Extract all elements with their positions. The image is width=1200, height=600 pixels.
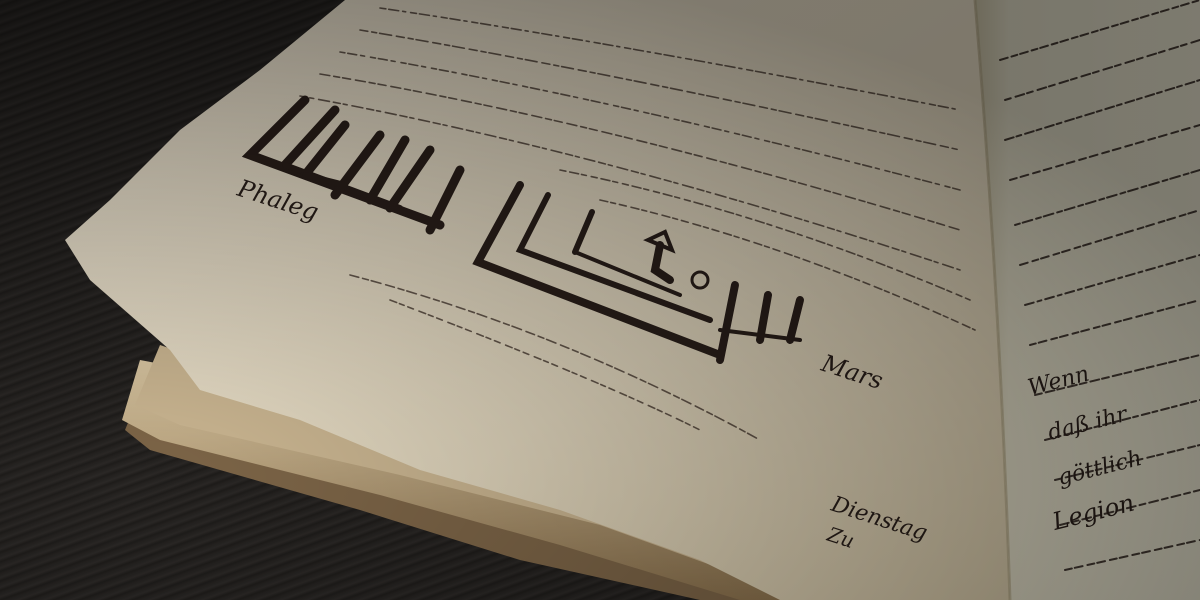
manuscript-illustration: Phaleg Mars Dienstag Zu Wenn daß ihr göt… <box>0 0 1200 600</box>
manuscript-photo: Phaleg Mars Dienstag Zu Wenn daß ihr göt… <box>0 0 1200 600</box>
